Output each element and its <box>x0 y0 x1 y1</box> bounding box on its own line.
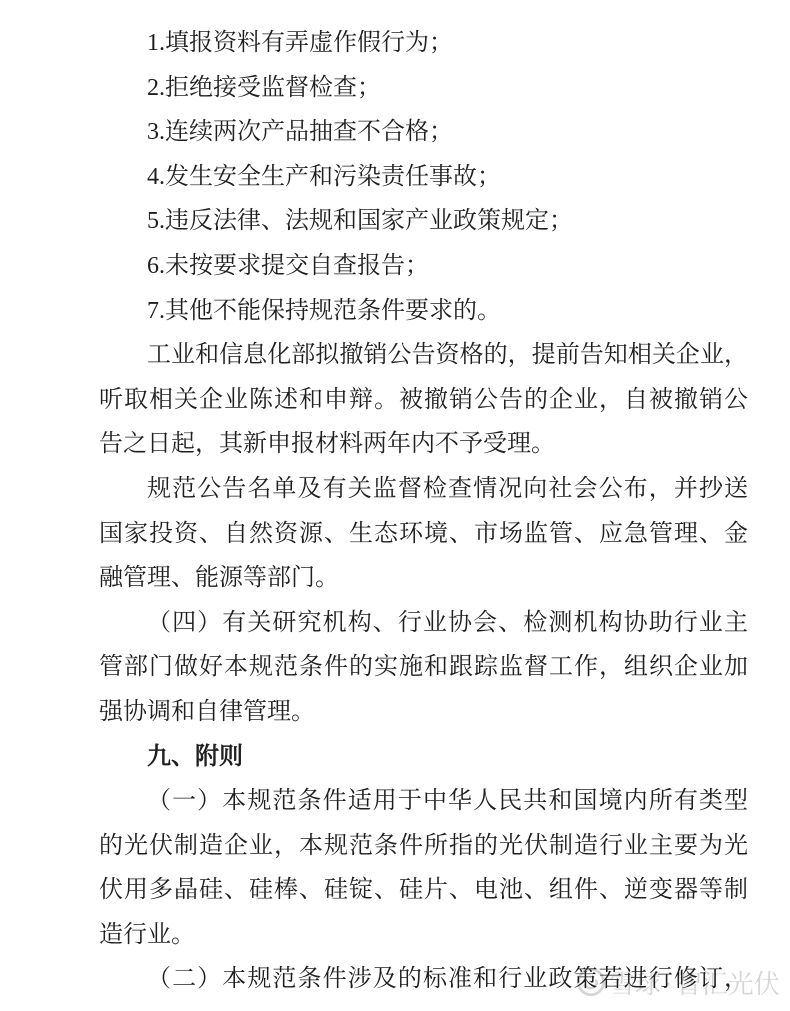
paragraph-line: 告之日起，其新申报材料两年内不予受理。 <box>99 422 748 467</box>
numbered-item-5: 5.违反法律、法规和国家产业政策规定； <box>99 199 748 244</box>
paragraph-line: （一）本规范条件适用于中华人民共和国境内所有类型 <box>99 779 748 824</box>
document-body: 1.填报资料有弄虚作假行为； 2.拒绝接受监督检查； 3.连续两次产品抽查不合格… <box>99 21 748 1002</box>
paragraph-line: 工业和信息化部拟撤销公告资格的，提前告知相关企业， <box>99 333 748 378</box>
paragraph-line: 融管理、能源等部门。 <box>99 556 748 601</box>
paragraph-line: 规范公告名单及有关监督检查情况向社会公布，并抄送 <box>99 467 748 512</box>
paragraph-line: 强协调和自律管理。 <box>99 690 748 735</box>
numbered-item-4: 4.发生安全生产和污染责任事故； <box>99 155 748 200</box>
paragraph-line: 国家投资、自然资源、生态环境、市场监管、应急管理、金 <box>99 512 748 557</box>
numbered-item-6: 6.未按要求提交自查报告； <box>99 244 748 289</box>
section-heading: 九、附则 <box>99 735 748 780</box>
document-page: 雪球 · 智汇光伏 1.填报资料有弄虚作假行为； 2.拒绝接受监督检查； 3.连… <box>0 0 790 1011</box>
paragraph-line: 管部门做好本规范条件的实施和跟踪监督工作，组织企业加 <box>99 645 748 690</box>
paragraph-line: 伏用多晶硅、硅棒、硅锭、硅片、电池、组件、逆变器等制 <box>99 868 748 913</box>
numbered-item-1: 1.填报资料有弄虚作假行为； <box>99 21 748 66</box>
paragraph-line: 造行业。 <box>99 913 748 958</box>
numbered-item-3: 3.连续两次产品抽查不合格； <box>99 110 748 155</box>
paragraph-line: 的光伏制造企业，本规范条件所指的光伏制造行业主要为光 <box>99 824 748 869</box>
paragraph-line: 听取相关企业陈述和申辩。被撤销公告的企业，自被撤销公 <box>99 378 748 423</box>
numbered-item-7: 7.其他不能保持规范条件要求的。 <box>99 289 748 334</box>
paragraph-line: （二）本规范条件涉及的标准和行业政策若进行修订， <box>99 957 748 1002</box>
numbered-item-2: 2.拒绝接受监督检查； <box>99 66 748 111</box>
paragraph-line: （四）有关研究机构、行业协会、检测机构协助行业主 <box>99 601 748 646</box>
